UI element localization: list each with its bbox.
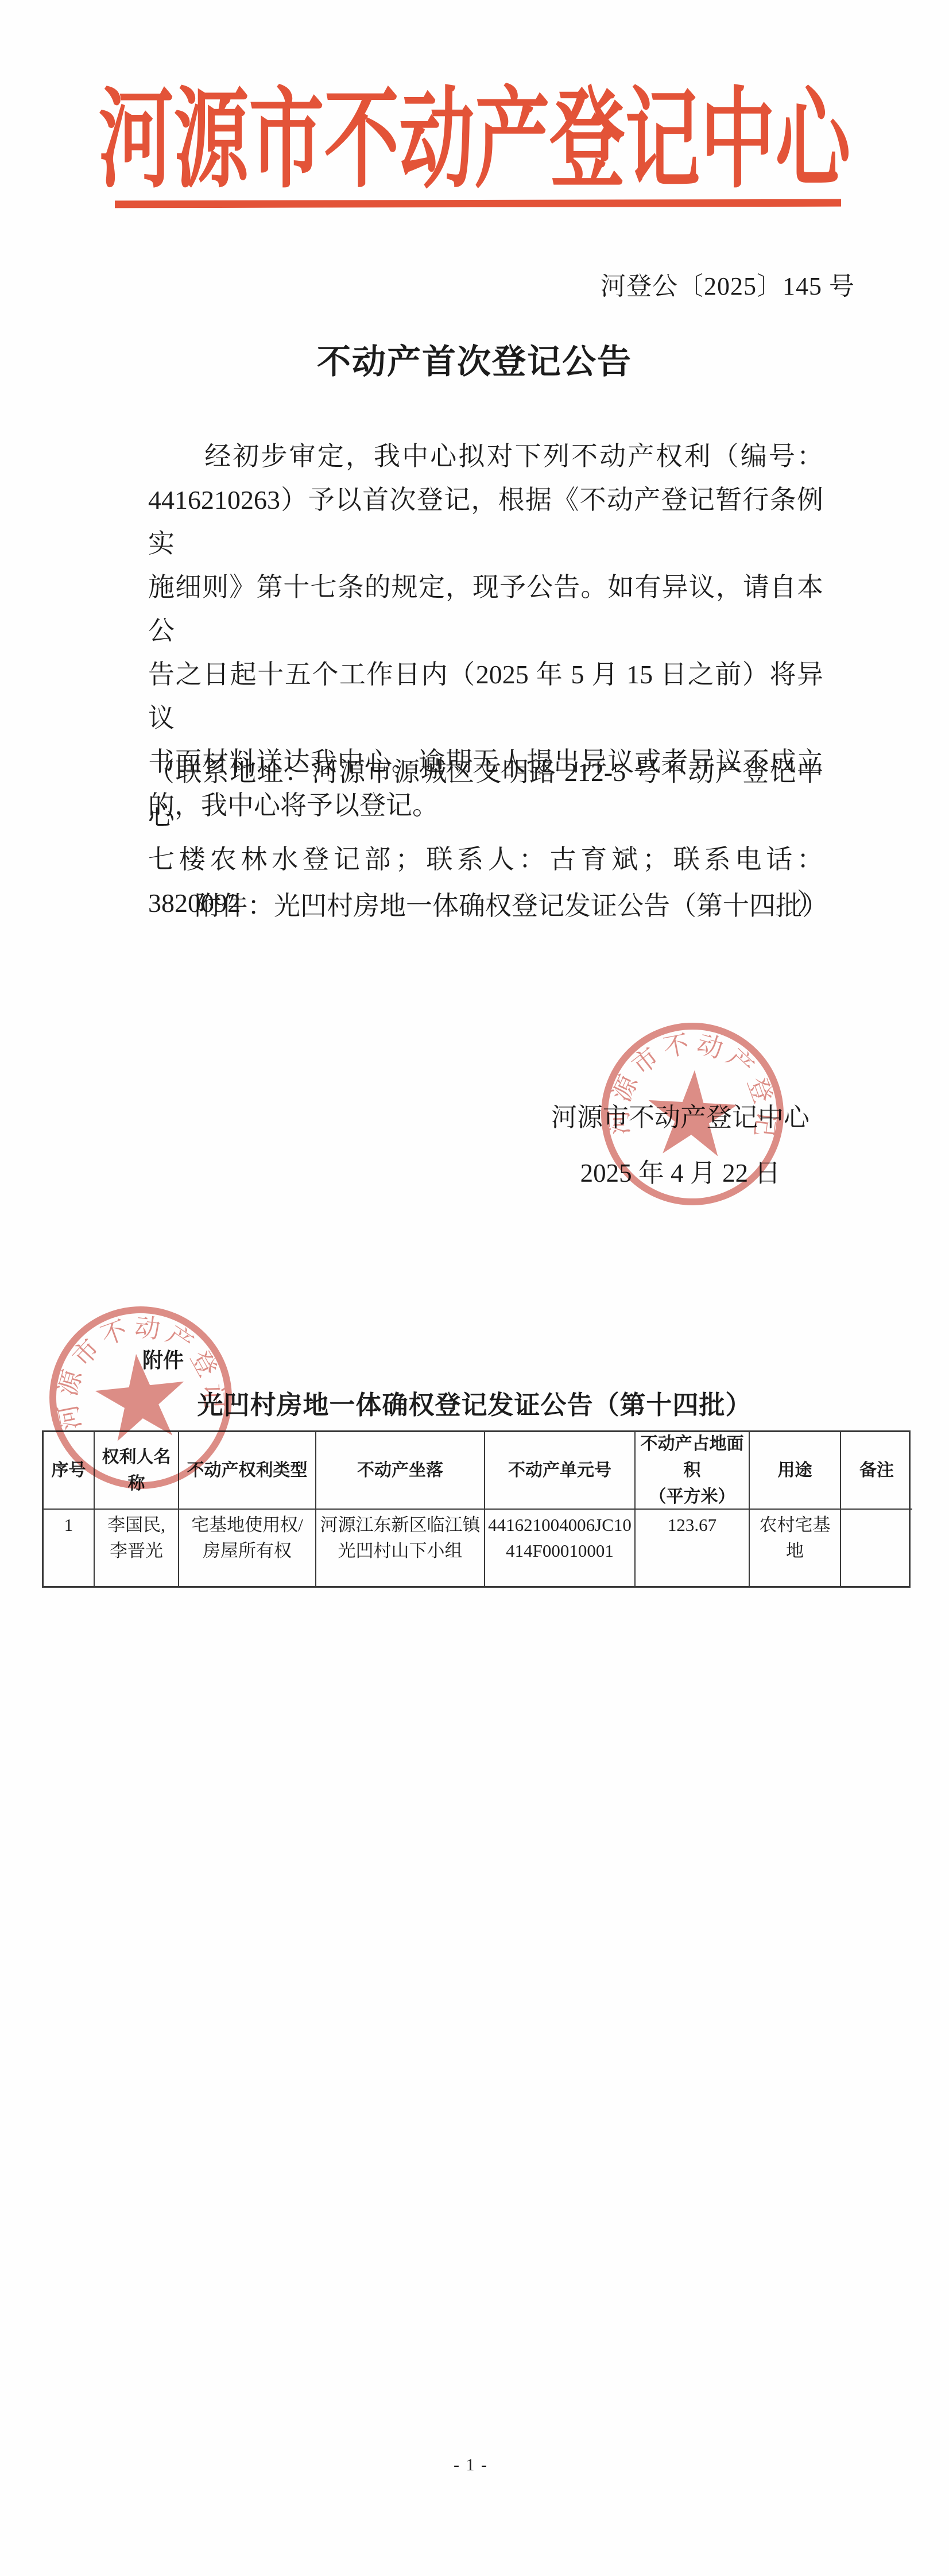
star-icon	[92, 1349, 189, 1443]
paragraph-line: 告之日起十五个工作日内（2025 年 5 月 15 日之前）将异议	[148, 653, 823, 740]
attachment-reference-line: 附件：光凹村房地一体确权登记发证公告（第十四批）	[195, 884, 828, 928]
official-round-stamp-icon: 河源市不动产登记中心	[590, 1011, 795, 1216]
table-cell-unit-no: 441621004006JC10 414F00010001	[485, 1510, 636, 1586]
col-header-location: 不动产坐落	[316, 1432, 485, 1510]
paragraph-line: 4416210263）予以首次登记，根据《不动产登记暂行条例实	[148, 478, 823, 566]
col-header-unit-no: 不动产单元号	[485, 1432, 636, 1510]
paragraph-line: 施细则》第十七条的规定，现予公告。如有异议，请自本公	[148, 566, 823, 653]
document-number: 河登公〔2025〕145 号	[601, 272, 855, 301]
col-header-area: 不动产占地面积 （平方米）	[636, 1432, 750, 1510]
scanned-document-page: 河源市不动产登记中心 河登公〔2025〕145 号 不动产首次登记公告 经初步审…	[0, 0, 949, 2576]
notice-title: 不动产首次登记公告	[0, 343, 949, 381]
star-icon	[646, 1068, 739, 1157]
col-header-remark: 备注	[841, 1432, 912, 1510]
table-cell-serial: 1	[44, 1510, 95, 1586]
table-cell-usage: 农村宅基 地	[750, 1510, 841, 1586]
paragraph-line: （联系地址：河源市源城区文明路 212-5 号不动产登记中心	[148, 751, 823, 838]
paragraph-line: 经初步审定，我中心拟对下列不动产权利（编号：	[148, 435, 823, 478]
table-cell-remark	[841, 1510, 912, 1586]
table-cell-location: 河源江东新区临江镇 光凹村山下小组	[316, 1510, 485, 1586]
table-cell-right-type: 宅基地使用权/ 房屋所有权	[179, 1510, 316, 1586]
col-header-usage: 用途	[750, 1432, 841, 1510]
table-cell-area: 123.67	[636, 1510, 750, 1586]
table-cell-owner: 李国民, 李晋光	[95, 1510, 179, 1586]
page-number: - 1 -	[0, 2455, 942, 2475]
official-round-stamp-icon: 河源市不动产登记中心	[33, 1290, 248, 1505]
letterhead-org-title: 河源市不动产登记中心	[0, 87, 949, 196]
letterhead-red-rule	[115, 199, 841, 208]
